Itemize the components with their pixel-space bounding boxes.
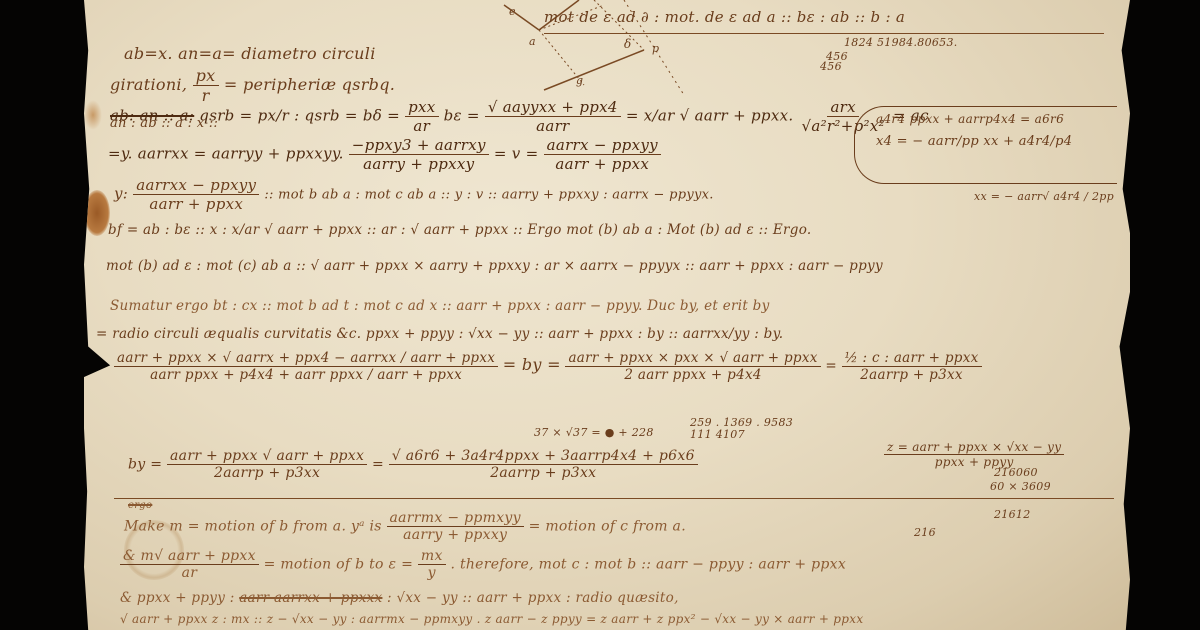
divider <box>114 498 1114 499</box>
text-line-13: Make m = motion of b from a. yᵃ is aarrm… <box>124 510 686 543</box>
fraction: aarr + ppxx √ aarr + ppxx2aarrp + p3xx <box>167 448 367 481</box>
text-line-1: ab=x. an=a= diametro circuli <box>124 44 376 63</box>
text-line-16: √ aarr + ppxx z : mx :: z − √xx − yy : a… <box>120 612 863 626</box>
text-line-top-right: mot de ε ad ∂ : mot. de ε ad a :: bε : a… <box>544 8 905 26</box>
fraction: −ppxy3 + aarrxyaarry + ppxxy <box>349 136 489 173</box>
text-line-9: Sumatur ergo bt : cx :: mot b ad t : mot… <box>110 298 770 314</box>
fraction: z = aarr + ppxx × √xx − yyppxx + ppyy <box>884 440 1064 469</box>
svg-text:g: g <box>576 74 583 87</box>
text-line-15: & ppxx + ppyy : aarr aarrxx + ppxxx : √x… <box>120 590 679 606</box>
divider <box>544 33 1104 34</box>
text-girationi: girationi, <box>110 75 187 94</box>
struck-text: aarr aarrxx + ppxxx <box>239 590 382 606</box>
calc-1: 37 × √37 = ● + 228 <box>534 426 654 439</box>
text-line-5: =y. aarrxx = aarryy + ppxxyy. −ppxy3 + a… <box>108 136 661 173</box>
number-2: 60 × 3609 <box>990 480 1051 493</box>
calc-3: 111 4107 <box>690 428 745 441</box>
fraction: pxxar <box>405 98 438 135</box>
text-line-6-right: xx = − aarr√ a4r4 / 2pp <box>974 190 1114 203</box>
fraction: aarrxx − ppxyyaarr + ppxx <box>133 176 259 213</box>
svg-text:p: p <box>652 42 659 55</box>
fraction: aarr + ppxx × pxx × √ aarr + ppxx2 aarr … <box>565 350 820 383</box>
stain <box>84 100 102 130</box>
numbers-stack-2: 456 <box>820 60 842 73</box>
text-line-7: bf = ab : bε :: x : x/ar √ aarr + ppxx :… <box>108 222 812 238</box>
text-line-12-right: z = aarr + ppxx × √xx − yyppxx + ppyy <box>884 440 1064 469</box>
text-line-12: by = aarr + ppxx √ aarr + ppxx2aarrp + p… <box>128 448 698 481</box>
text-line-8: mot (b) ad ε : mot (c) ab a :: √ aarr + … <box>106 258 883 274</box>
text-line-4: an : ab :: a : x :: <box>110 116 218 131</box>
number-1: 216060 <box>994 466 1038 479</box>
stain <box>84 190 110 236</box>
number-3: 21612 <box>994 508 1031 521</box>
manuscript-page: e a δ g p mot de ε ad ∂ : mot. de ε ad a… <box>84 0 1130 630</box>
text-peripheriae: = peripheriæ qsrbq. <box>224 75 395 94</box>
bracket-line-1: a4r4 ppxx + aarrp4x4 = a6r6 <box>876 112 1064 126</box>
svg-text:e: e <box>509 5 516 18</box>
svg-text:a: a <box>529 35 536 48</box>
number-4: 216 <box>914 526 936 539</box>
fraction: aarrx − ppxyyaarr + ppxx <box>544 136 661 173</box>
fraction: & m√ aarr + ppxxar <box>120 548 259 581</box>
numbers-top: 1824 51984.80653. <box>844 36 958 49</box>
fraction: ½ : c : aarr + ppxx2aarrp + p3xx <box>842 350 982 383</box>
fraction: √ a6r6 + 3a4r4ppxx + 3aarrp4x4 + p6x62aa… <box>389 448 698 481</box>
compound-fraction: aarr + ppxx × √ aarrx + ppx4 − aarrxx / … <box>114 350 498 383</box>
text-line-6: y: aarrxx − ppxyyaarr + ppxx :: mot b ab… <box>114 176 714 213</box>
fraction: aarrmx − ppmxyyaarry + ppxxy <box>387 510 524 543</box>
fraction: mxy <box>418 548 446 581</box>
bracket-line-2: x4 = − aarr/pp xx + a4r4/p4 <box>876 134 1072 149</box>
svg-text:δ: δ <box>624 37 631 51</box>
text-line-14: & m√ aarr + ppxxar = motion of b to ε = … <box>120 548 846 581</box>
text-line-10: = radio circuli æqualis curvitatis &c. p… <box>96 326 783 342</box>
text-line-3: ab: an :: a: qsrb = px/r : qsrb = bδ = p… <box>110 98 929 135</box>
text-line-11: aarr + ppxx × √ aarrx + ppx4 − aarrxx / … <box>114 350 982 383</box>
fraction: √ aayyxx + ppx4aarr <box>485 98 621 135</box>
